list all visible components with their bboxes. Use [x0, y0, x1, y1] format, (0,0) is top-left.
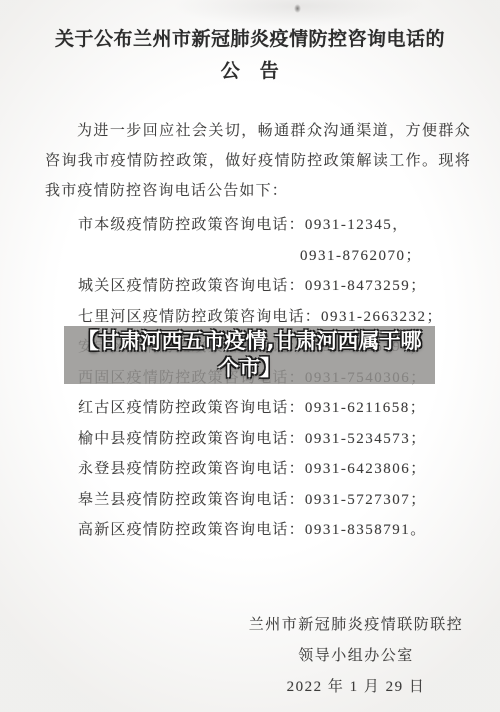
notice-intro-paragraph: 为进一步回应社会关切，畅通群众沟通渠道，方便群众咨询我市疫情防控政策，做好疫情防…: [45, 116, 471, 206]
hotline-number: 0931-2663232；: [321, 309, 443, 325]
watermark-overlay: 【甘肃河西五市疫情,甘肃河西属于哪 个市】: [64, 326, 435, 384]
hotline-row: 皋兰县疫情防控政策咨询电话：0931-5727307；: [45, 485, 477, 516]
notice-title: 关于公布兰州市新冠肺炎疫情防控咨询电话的 公 告: [0, 24, 500, 88]
hotline-number: 0931-12345，: [305, 217, 409, 233]
signature-org-line1: 兰州市新冠肺炎疫情联防联控: [228, 610, 484, 641]
hotline-label: 榆中县疫情防控政策咨询电话：: [78, 431, 305, 447]
scanned-notice-page: 关于公布兰州市新冠肺炎疫情防控咨询电话的 公 告 为进一步回应社会关切，畅通群众…: [0, 0, 500, 712]
hotline-row: 城关区疫情防控政策咨询电话：0931-8473259；: [45, 271, 477, 302]
hotline-label: 市本级疫情防控政策咨询电话：: [78, 217, 305, 233]
signature-org-line2: 领导小组办公室: [228, 641, 484, 672]
hotline-label: 七里河区疫情防控政策咨询电话：: [78, 309, 321, 325]
watermark-text-line2: 个市】: [64, 355, 435, 382]
hotline-number: 0931-5234573；: [305, 431, 427, 447]
hotline-row: 永登县疫情防控政策咨询电话：0931-6423806；: [45, 454, 477, 485]
signature-block: 兰州市新冠肺炎疫情联防联控 领导小组办公室 2022 年 1 月 29 日: [228, 610, 484, 703]
hotline-row: 红古区疫情防控政策咨询电话：0931-6211658；: [45, 393, 477, 424]
hotline-row: 榆中县疫情防控政策咨询电话：0931-5234573；: [45, 424, 477, 455]
hotline-label: 城关区疫情防控政策咨询电话：: [78, 278, 305, 294]
scan-artifact: [294, 4, 301, 13]
hotline-number: 0931-6211658；: [305, 400, 426, 416]
hotline-number: 0931-6423806；: [305, 461, 427, 477]
hotline-label: 红古区疫情防控政策咨询电话：: [78, 400, 305, 416]
hotline-number: 0931-8762070；: [300, 248, 422, 264]
hotline-label: 皋兰县疫情防控政策咨询电话：: [78, 492, 305, 508]
notice-title-line1: 关于公布兰州市新冠肺炎疫情防控咨询电话的: [0, 24, 500, 56]
hotline-label: 高新区疫情防控政策咨询电话：: [78, 522, 305, 538]
notice-title-line2: 公 告: [0, 56, 500, 88]
hotline-number: 0931-5727307；: [305, 492, 427, 508]
hotline-row: 市本级疫情防控政策咨询电话：0931-12345，: [45, 210, 477, 241]
watermark-text-line1: 【甘肃河西五市疫情,甘肃河西属于哪: [64, 328, 435, 355]
hotline-row-continuation: 0931-8762070；: [45, 241, 477, 272]
hotline-number: 0931-8473259；: [305, 278, 427, 294]
hotline-label: 永登县疫情防控政策咨询电话：: [78, 461, 305, 477]
hotline-number: 0931-8358791。: [305, 522, 427, 538]
hotline-row: 高新区疫情防控政策咨询电话：0931-8358791。: [45, 515, 477, 546]
signature-date: 2022 年 1 月 29 日: [228, 672, 484, 703]
